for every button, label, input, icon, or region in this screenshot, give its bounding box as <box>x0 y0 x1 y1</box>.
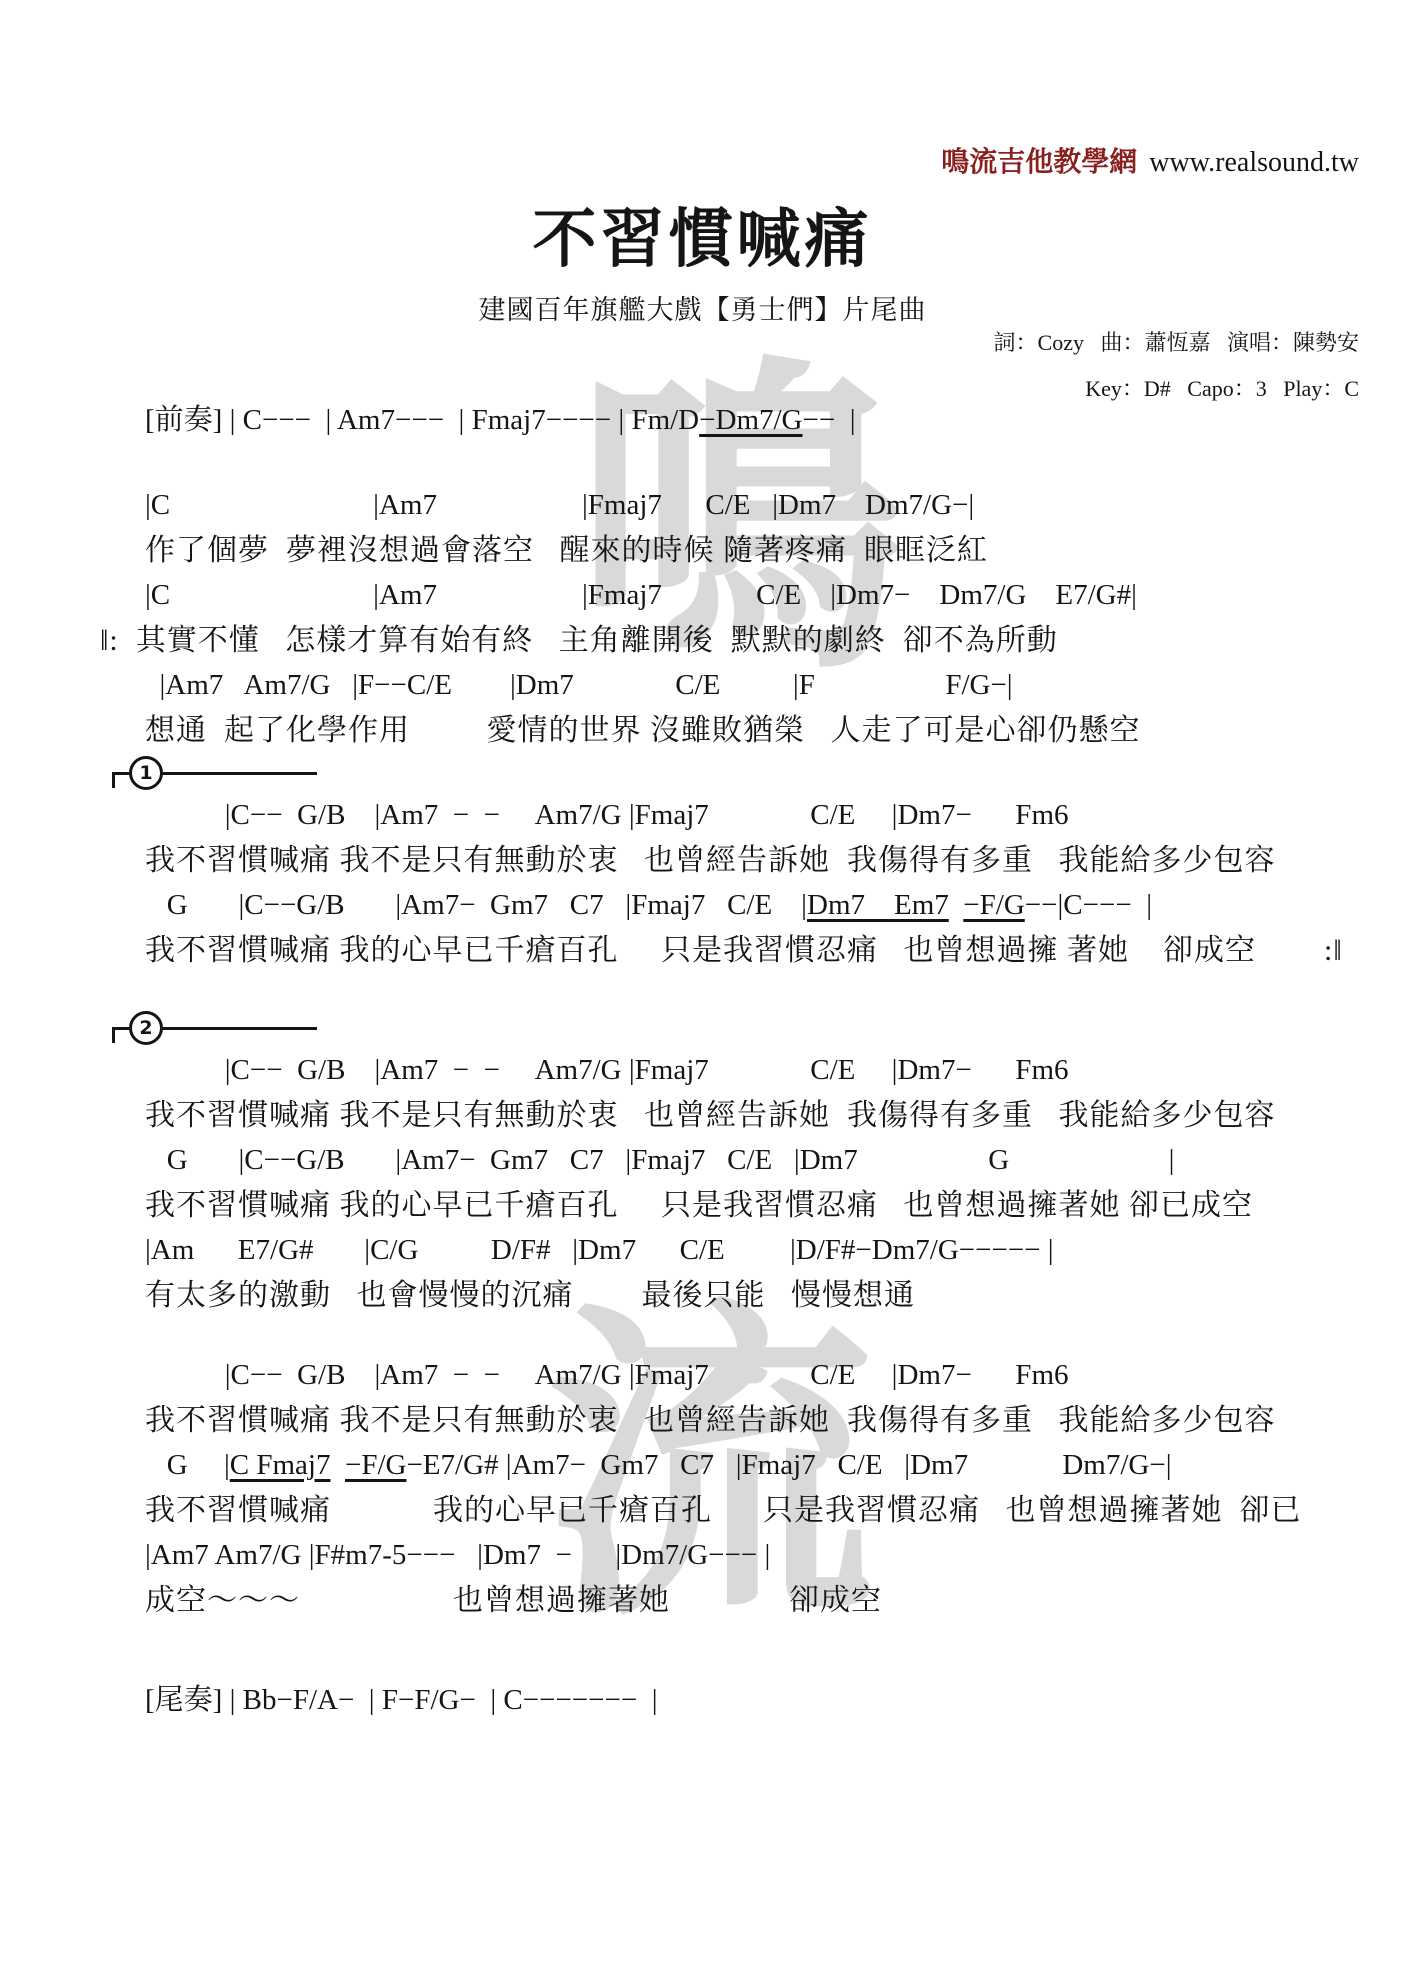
lyric-line: 我不習慣喊痛 我的心早已千瘡百孔 只是我習慣忍痛 也曾想過擁著她 卻已 <box>145 1488 1343 1533</box>
text-segment: ‖: 其實不懂 怎樣才算有始有終 主角離開後 默默的劇終 卻不為所動 <box>100 624 1058 657</box>
text-segment: |C |Am7 |Fmaj7 C/E |Dm7− Dm7/G E7/G#| <box>145 579 1137 611</box>
lyric-line: 我不習慣喊痛 我不是只有無動於衷 也曾經告訴她 我傷得有多重 我能給多少包容 <box>145 1093 1343 1138</box>
lyric-line: ‖: 其實不懂 怎樣才算有始有終 主角離開後 默默的劇終 卻不為所動 <box>100 618 1343 663</box>
text-segment: |Am7 Am7/G |F−−C/E |Dm7 C/E |F F/G−| <box>145 669 1013 701</box>
text-segment: 我不習慣喊痛 我的心早已千瘡百孔 只是我習慣忍痛 也曾想過擁著她 卻已 <box>145 1494 1302 1527</box>
text-segment: G |C−−G/B |Am7− Gm7 C7 |Fmaj7 C/E | <box>145 889 807 921</box>
text-segment: |Am E7/G# |C/G D/F# |Dm7 C/E |D/F#−Dm7/G… <box>145 1234 1054 1266</box>
site-header: 鳴流吉他教學網www.realsound.tw <box>941 140 1359 180</box>
text-segment: |C−− G/B |Am7 − − Am7/G |Fmaj7 C/E |Dm7−… <box>145 1054 1069 1086</box>
site-name: 鳴流吉他教學網 <box>941 147 1137 178</box>
text-segment: 我不習慣喊痛 我不是只有無動於衷 也曾經告訴她 我傷得有多重 我能給多少包容 <box>145 1099 1276 1132</box>
text-segment: G | <box>145 1449 230 1481</box>
underlined-chord-segment: C Fmaj7 <box>230 1449 331 1481</box>
text-segment <box>330 1449 345 1481</box>
text-segment: 成空～～～ 也曾想過擁著她 卻成空 <box>145 1584 882 1617</box>
lyric-line: 成空～～～ 也曾想過擁著她 卻成空 <box>145 1578 1343 1623</box>
underlined-chord-segment: −F/G <box>345 1449 406 1481</box>
section-marker-1: 1 <box>145 753 1343 793</box>
text-segment: −−|C−−− | <box>1025 889 1152 921</box>
chord-line: |Am7 Am7/G |F#m7-5−−− |Dm7 − |Dm7/G−−− | <box>145 1533 1343 1578</box>
text-segment: 我不習慣喊痛 我的心早已千瘡百孔 只是我習慣忍痛 也曾想過擁著她 卻已成空 <box>145 1189 1253 1222</box>
chord-line: |C |Am7 |Fmaj7 C/E |Dm7− Dm7/G E7/G#| <box>145 573 1343 618</box>
text-segment: 有太多的激動 也會慢慢的沉痛 最後只能 慢慢想通 <box>145 1279 915 1312</box>
text-segment: 想通 起了化學作用 愛情的世界 沒雖敗猶榮 人走了可是心卻仍懸空 <box>145 714 1141 747</box>
chord-line: [尾奏] | Bb−F/A− | F−F/G− | C−−−−−−− | <box>145 1678 1343 1723</box>
score-gap <box>145 1623 155 1678</box>
underlined-chord-segment: −Dm7/G <box>699 404 802 436</box>
key-capo-play-info: Key：D# Capo：3 Play：C <box>1085 372 1359 403</box>
lyric-line: 我不習慣喊痛 我的心早已千瘡百孔 只是我習慣忍痛 也曾想過擁著她 卻已成空 <box>145 1183 1343 1228</box>
chord-line: |C−− G/B |Am7 − − Am7/G |Fmaj7 C/E |Dm7−… <box>145 1353 1343 1398</box>
song-subtitle: 建國百年旗艦大戲【勇士們】片尾曲 <box>0 288 1405 327</box>
section-marker-number: 1 <box>129 756 163 790</box>
lyric-line: 我不習慣喊痛 我的心早已千瘡百孔 只是我習慣忍痛 也曾想過擁 著她 卻成空 :‖ <box>145 928 1343 973</box>
song-title: 不習慣喊痛 <box>0 188 1405 280</box>
section-marker-2: 2 <box>145 1008 1343 1048</box>
text-segment: 我不習慣喊痛 我不是只有無動於衷 也曾經告訴她 我傷得有多重 我能給多少包容 <box>145 1404 1276 1437</box>
text-segment: 我不習慣喊痛 我的心早已千瘡百孔 只是我習慣忍痛 也曾想過擁 著她 卻成空 :‖ <box>145 934 1343 967</box>
chord-sheet-page: 鳴 流 鳴流吉他教學網www.realsound.tw 不習慣喊痛 建國百年旗艦… <box>0 0 1405 1987</box>
text-segment: |Am7 Am7/G |F#m7-5−−− |Dm7 − |Dm7/G−−− | <box>145 1539 770 1571</box>
chord-line: |C−− G/B |Am7 − − Am7/G |Fmaj7 C/E |Dm7−… <box>145 793 1343 838</box>
chord-line: |C |Am7 |Fmaj7 C/E |Dm7 Dm7/G−| <box>145 483 1343 528</box>
chord-line: G |C−−G/B |Am7− Gm7 C7 |Fmaj7 C/E |Dm7 E… <box>145 883 1343 928</box>
song-credits: 詞：Cozy 曲：蕭恆嘉 演唱：陳勢安 <box>994 326 1359 357</box>
chord-line: |Am E7/G# |C/G D/F# |Dm7 C/E |D/F#−Dm7/G… <box>145 1228 1343 1273</box>
chord-line: [前奏] | C−−− | Am7−−− | Fmaj7−−−− | Fm/D−… <box>145 398 1343 443</box>
score-gap <box>145 443 155 483</box>
site-url: www.realsound.tw <box>1149 147 1359 178</box>
text-segment: |C |Am7 |Fmaj7 C/E |Dm7 Dm7/G−| <box>145 489 974 521</box>
text-segment: 我不習慣喊痛 我不是只有無動於衷 也曾經告訴她 我傷得有多重 我能給多少包容 <box>145 844 1276 877</box>
text-segment: [尾奏] | Bb−F/A− | F−F/G− | C−−−−−−− | <box>145 1684 658 1716</box>
chord-line: |C−− G/B |Am7 − − Am7/G |Fmaj7 C/E |Dm7−… <box>145 1048 1343 1093</box>
underlined-chord-segment: Dm7 Em7 <box>807 889 949 921</box>
text-segment <box>949 889 964 921</box>
text-segment: −− | <box>803 404 856 436</box>
lyric-line: 我不習慣喊痛 我不是只有無動於衷 也曾經告訴她 我傷得有多重 我能給多少包容 <box>145 838 1343 883</box>
section-marker-number: 2 <box>129 1011 163 1045</box>
text-segment: |C−− G/B |Am7 − − Am7/G |Fmaj7 C/E |Dm7−… <box>145 799 1069 831</box>
chord-line: G |C−−G/B |Am7− Gm7 C7 |Fmaj7 C/E |Dm7 G… <box>145 1138 1343 1183</box>
text-segment: G |C−−G/B |Am7− Gm7 C7 |Fmaj7 C/E |Dm7 G… <box>145 1144 1175 1176</box>
chord-line: |Am7 Am7/G |F−−C/E |Dm7 C/E |F F/G−| <box>145 663 1343 708</box>
text-segment: [前奏] | C−−− | Am7−−− | Fmaj7−−−− | Fm/D <box>145 404 699 436</box>
lyric-line: 有太多的激動 也會慢慢的沉痛 最後只能 慢慢想通 <box>145 1273 1343 1318</box>
lyric-line: 我不習慣喊痛 我不是只有無動於衷 也曾經告訴她 我傷得有多重 我能給多少包容 <box>145 1398 1343 1443</box>
score-gap <box>145 1318 155 1353</box>
text-segment: 作了個夢 夢裡沒想過會落空 醒來的時候 隨著疼痛 眼眶泛紅 <box>145 534 988 567</box>
lyric-line: 作了個夢 夢裡沒想過會落空 醒來的時候 隨著疼痛 眼眶泛紅 <box>145 528 1343 573</box>
underlined-chord-segment: −F/G <box>963 889 1024 921</box>
text-segment: |C−− G/B |Am7 − − Am7/G |Fmaj7 C/E |Dm7−… <box>145 1359 1069 1391</box>
score: [前奏] | C−−− | Am7−−− | Fmaj7−−−− | Fm/D−… <box>145 398 1343 1723</box>
score-gap <box>145 973 155 1008</box>
text-segment: −E7/G# |Am7− Gm7 C7 |Fmaj7 C/E |Dm7 Dm7/… <box>406 1449 1171 1481</box>
chord-line: G |C Fmaj7 −F/G−E7/G# |Am7− Gm7 C7 |Fmaj… <box>145 1443 1343 1488</box>
lyric-line: 想通 起了化學作用 愛情的世界 沒雖敗猶榮 人走了可是心卻仍懸空 <box>145 708 1343 753</box>
